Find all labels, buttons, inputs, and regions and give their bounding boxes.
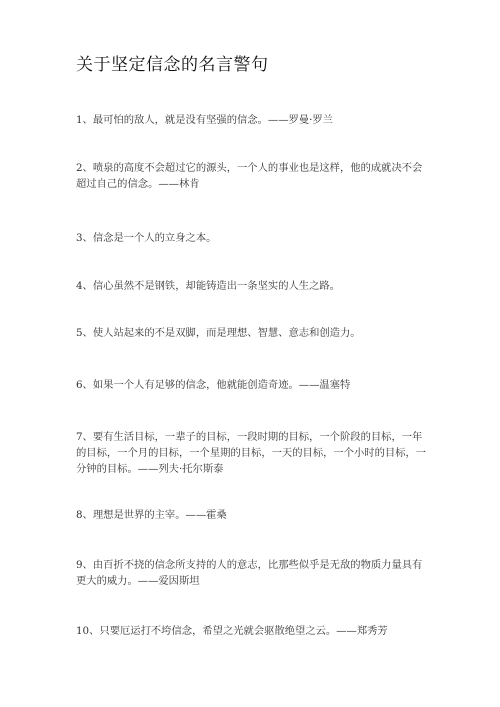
quote-item-5: 5、使人站起来的不是双脚，而是理想、智慧、意志和创造力。 — [76, 325, 428, 341]
quote-item-4: 4、信心虽然不是钢铁，却能铸造出一条坚实的人生之路。 — [76, 278, 428, 294]
quote-item-6: 6、如果一个人有足够的信念，他就能创造奇迹。——温塞特 — [76, 377, 428, 393]
quote-item-3: 3、信念是一个人的立身之本。 — [76, 230, 428, 246]
document-title: 关于坚定信念的名言警句 — [76, 50, 269, 75]
quote-item-8: 8、理想是世界的主宰。——霍桑 — [76, 507, 428, 523]
quote-item-10: 10、只要厄运打不垮信念，希望之光就会驱散绝望之云。——郑秀芳 — [76, 623, 428, 639]
quote-item-1: 1、最可怕的敌人，就是没有坚强的信念。——罗曼·罗兰 — [76, 112, 428, 128]
quote-item-9: 9、由百折不挠的信念所支持的人的意志，比那些似乎是无敌的物质力量具有更大的威力。… — [76, 557, 428, 589]
quote-item-2: 2、喷泉的高度不会超过它的源头，一个人的事业也是这样，他的成就决不会超过自己的信… — [76, 160, 428, 192]
quote-item-7: 7、要有生活目标，一辈子的目标，一段时期的目标，一个阶段的目标，一年的目标，一个… — [76, 429, 428, 477]
